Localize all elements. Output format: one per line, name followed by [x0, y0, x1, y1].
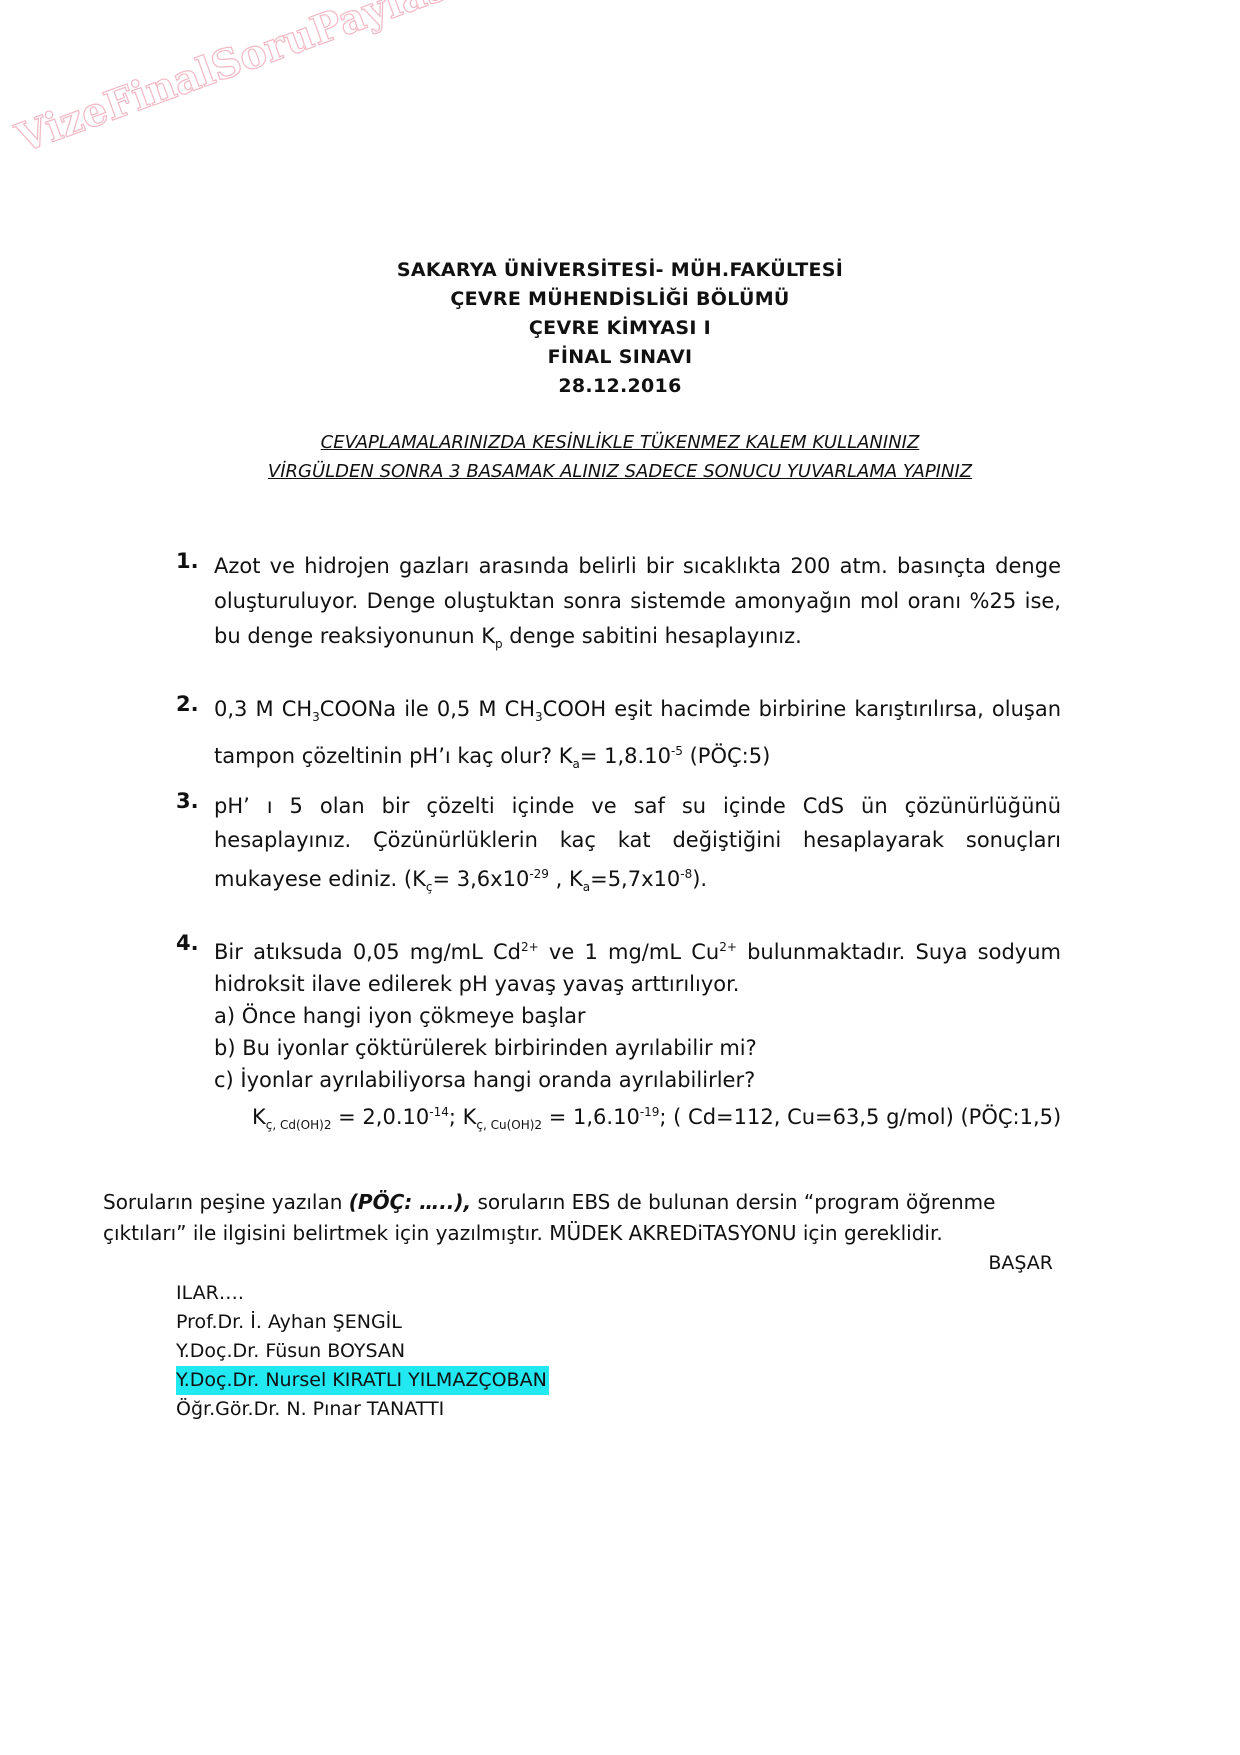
question-text: 0,3 M CH3COONa ile 0,5 M CH3COOH eşit ha…: [214, 692, 1061, 781]
question-text: pH’ ı 5 olan bir çözelti içinde ve saf s…: [214, 789, 1061, 904]
text: = 2,0.10: [331, 1105, 429, 1129]
instruction-rounding: VİRGÜLDEN SONRA 3 BASAMAK ALINIZ SADECE …: [0, 457, 1240, 486]
question-2: 2. 0,3 M CH3COONa ile 0,5 M CH3COOH eşit…: [176, 692, 1061, 781]
exam-header: SAKARYA ÜNİVERSİTESİ- MÜH.FAKÜLTESİ ÇEVR…: [0, 256, 1240, 401]
department-name: ÇEVRE MÜHENDİSLİĞİ BÖLÜMÜ: [0, 285, 1240, 314]
instructions: CEVAPLAMALARINIZDA KESİNLİKLE TÜKENMEZ K…: [0, 428, 1240, 486]
text: Bir atıksuda 0,05 mg/mL Cd: [214, 940, 521, 964]
superscript: -14: [429, 1105, 449, 1119]
superscript: 2+: [521, 940, 539, 954]
question-number: 1.: [176, 549, 199, 573]
instructor-name: Öğr.Gör.Dr. N. Pınar TANATTI: [176, 1395, 549, 1424]
signature-basar: BAŞAR: [103, 1249, 1053, 1277]
subscript: a: [573, 757, 580, 771]
question-number: 4.: [176, 931, 199, 955]
sub-question-c: c) İyonlar ayrılabiliyorsa hangi oranda …: [214, 1064, 1061, 1096]
question-1: 1. Azot ve hidrojen gazları arasında bel…: [176, 549, 1061, 662]
question-3: 3. pH’ ı 5 olan bir çözelti içinde ve sa…: [176, 789, 1061, 904]
sub-question-a: a) Önce hangi iyon çökmeye başlar: [214, 1000, 1061, 1032]
question-4: 4. Bir atıksuda 0,05 mg/mL Cd2+ ve 1 mg/…: [176, 931, 1061, 1141]
superscript: -5: [671, 744, 683, 758]
sub-question-b: b) Bu iyonlar çöktürülerek birbirinden a…: [214, 1032, 1061, 1064]
text: (PÖÇ:5): [683, 744, 770, 768]
footer-note: Soruların peşine yazılan (PÖÇ: …..), sor…: [103, 1187, 1053, 1277]
subscript: ç: [426, 880, 433, 894]
exam-name: FİNAL SINAVI: [0, 343, 1240, 372]
text: ve 1 mg/mL Cu: [539, 940, 720, 964]
superscript: 2+: [719, 940, 737, 954]
subscript: ç, Cd(OH)2: [266, 1118, 332, 1132]
text: ).: [692, 867, 707, 891]
subscript: 3: [312, 710, 320, 724]
instructor-name: Prof.Dr. İ. Ayhan ŞENGİL: [176, 1308, 549, 1337]
instructor-name: Y.Doç.Dr. Füsun BOYSAN: [176, 1337, 549, 1366]
question-number: 2.: [176, 692, 199, 716]
subscript: ç, Cu(OH)2: [476, 1118, 542, 1132]
question-text: Bir atıksuda 0,05 mg/mL Cd2+ ve 1 mg/mL …: [214, 931, 1061, 1141]
superscript: -19: [640, 1105, 660, 1119]
subscript: p: [495, 637, 503, 651]
university-name: SAKARYA ÜNİVERSİTESİ- MÜH.FAKÜLTESİ: [0, 256, 1240, 285]
text: 0,3 M CH: [214, 697, 312, 721]
text: = 1,8.10: [580, 744, 671, 768]
instruction-pen: CEVAPLAMALARINIZDA KESİNLİKLE TÜKENMEZ K…: [0, 428, 1240, 457]
highlight: Y.Doç.Dr. Nursel KIRATLI YILMAZÇOBAN: [176, 1366, 549, 1395]
text: = 3,6x10: [433, 867, 530, 891]
text: denge sabitini hesaplayınız.: [503, 624, 802, 648]
constants-line: Kç, Cd(OH)2 = 2,0.10-14; Kç, Cu(OH)2 = 1…: [214, 1096, 1061, 1141]
watermark: VizeFinalSoruPaylasimi.com: [10, 0, 623, 162]
text: Soruların peşine yazılan: [103, 1190, 349, 1214]
text: =5,7x10: [590, 867, 680, 891]
superscript: -8: [680, 867, 692, 881]
instructor-list: ILAR…. Prof.Dr. İ. Ayhan ŞENGİL Y.Doç.Dr…: [176, 1279, 549, 1424]
text: ; ( Cd=112, Cu=63,5 g/mol) (PÖÇ:1,5): [659, 1105, 1061, 1129]
course-name: ÇEVRE KİMYASI I: [0, 314, 1240, 343]
exam-date: 28.12.2016: [0, 372, 1240, 401]
question-text: Azot ve hidrojen gazları arasında belirl…: [214, 549, 1061, 662]
subscript: a: [583, 880, 590, 894]
subscript: 3: [535, 710, 543, 724]
poc-label: (PÖÇ: …..),: [349, 1190, 471, 1214]
instructor-name-highlighted: Y.Doç.Dr. Nursel KIRATLI YILMAZÇOBAN: [176, 1366, 549, 1395]
text: K: [252, 1105, 266, 1129]
text: COONa ile 0,5 M CH: [320, 697, 535, 721]
question-number: 3.: [176, 789, 199, 813]
text: , K: [549, 867, 583, 891]
text: ; K: [449, 1105, 477, 1129]
poc-explanation: Soruların peşine yazılan (PÖÇ: …..), sor…: [103, 1187, 1053, 1249]
superscript: -29: [529, 867, 549, 881]
signature-ilar: ILAR….: [176, 1279, 549, 1308]
text: = 1,6.10: [542, 1105, 640, 1129]
